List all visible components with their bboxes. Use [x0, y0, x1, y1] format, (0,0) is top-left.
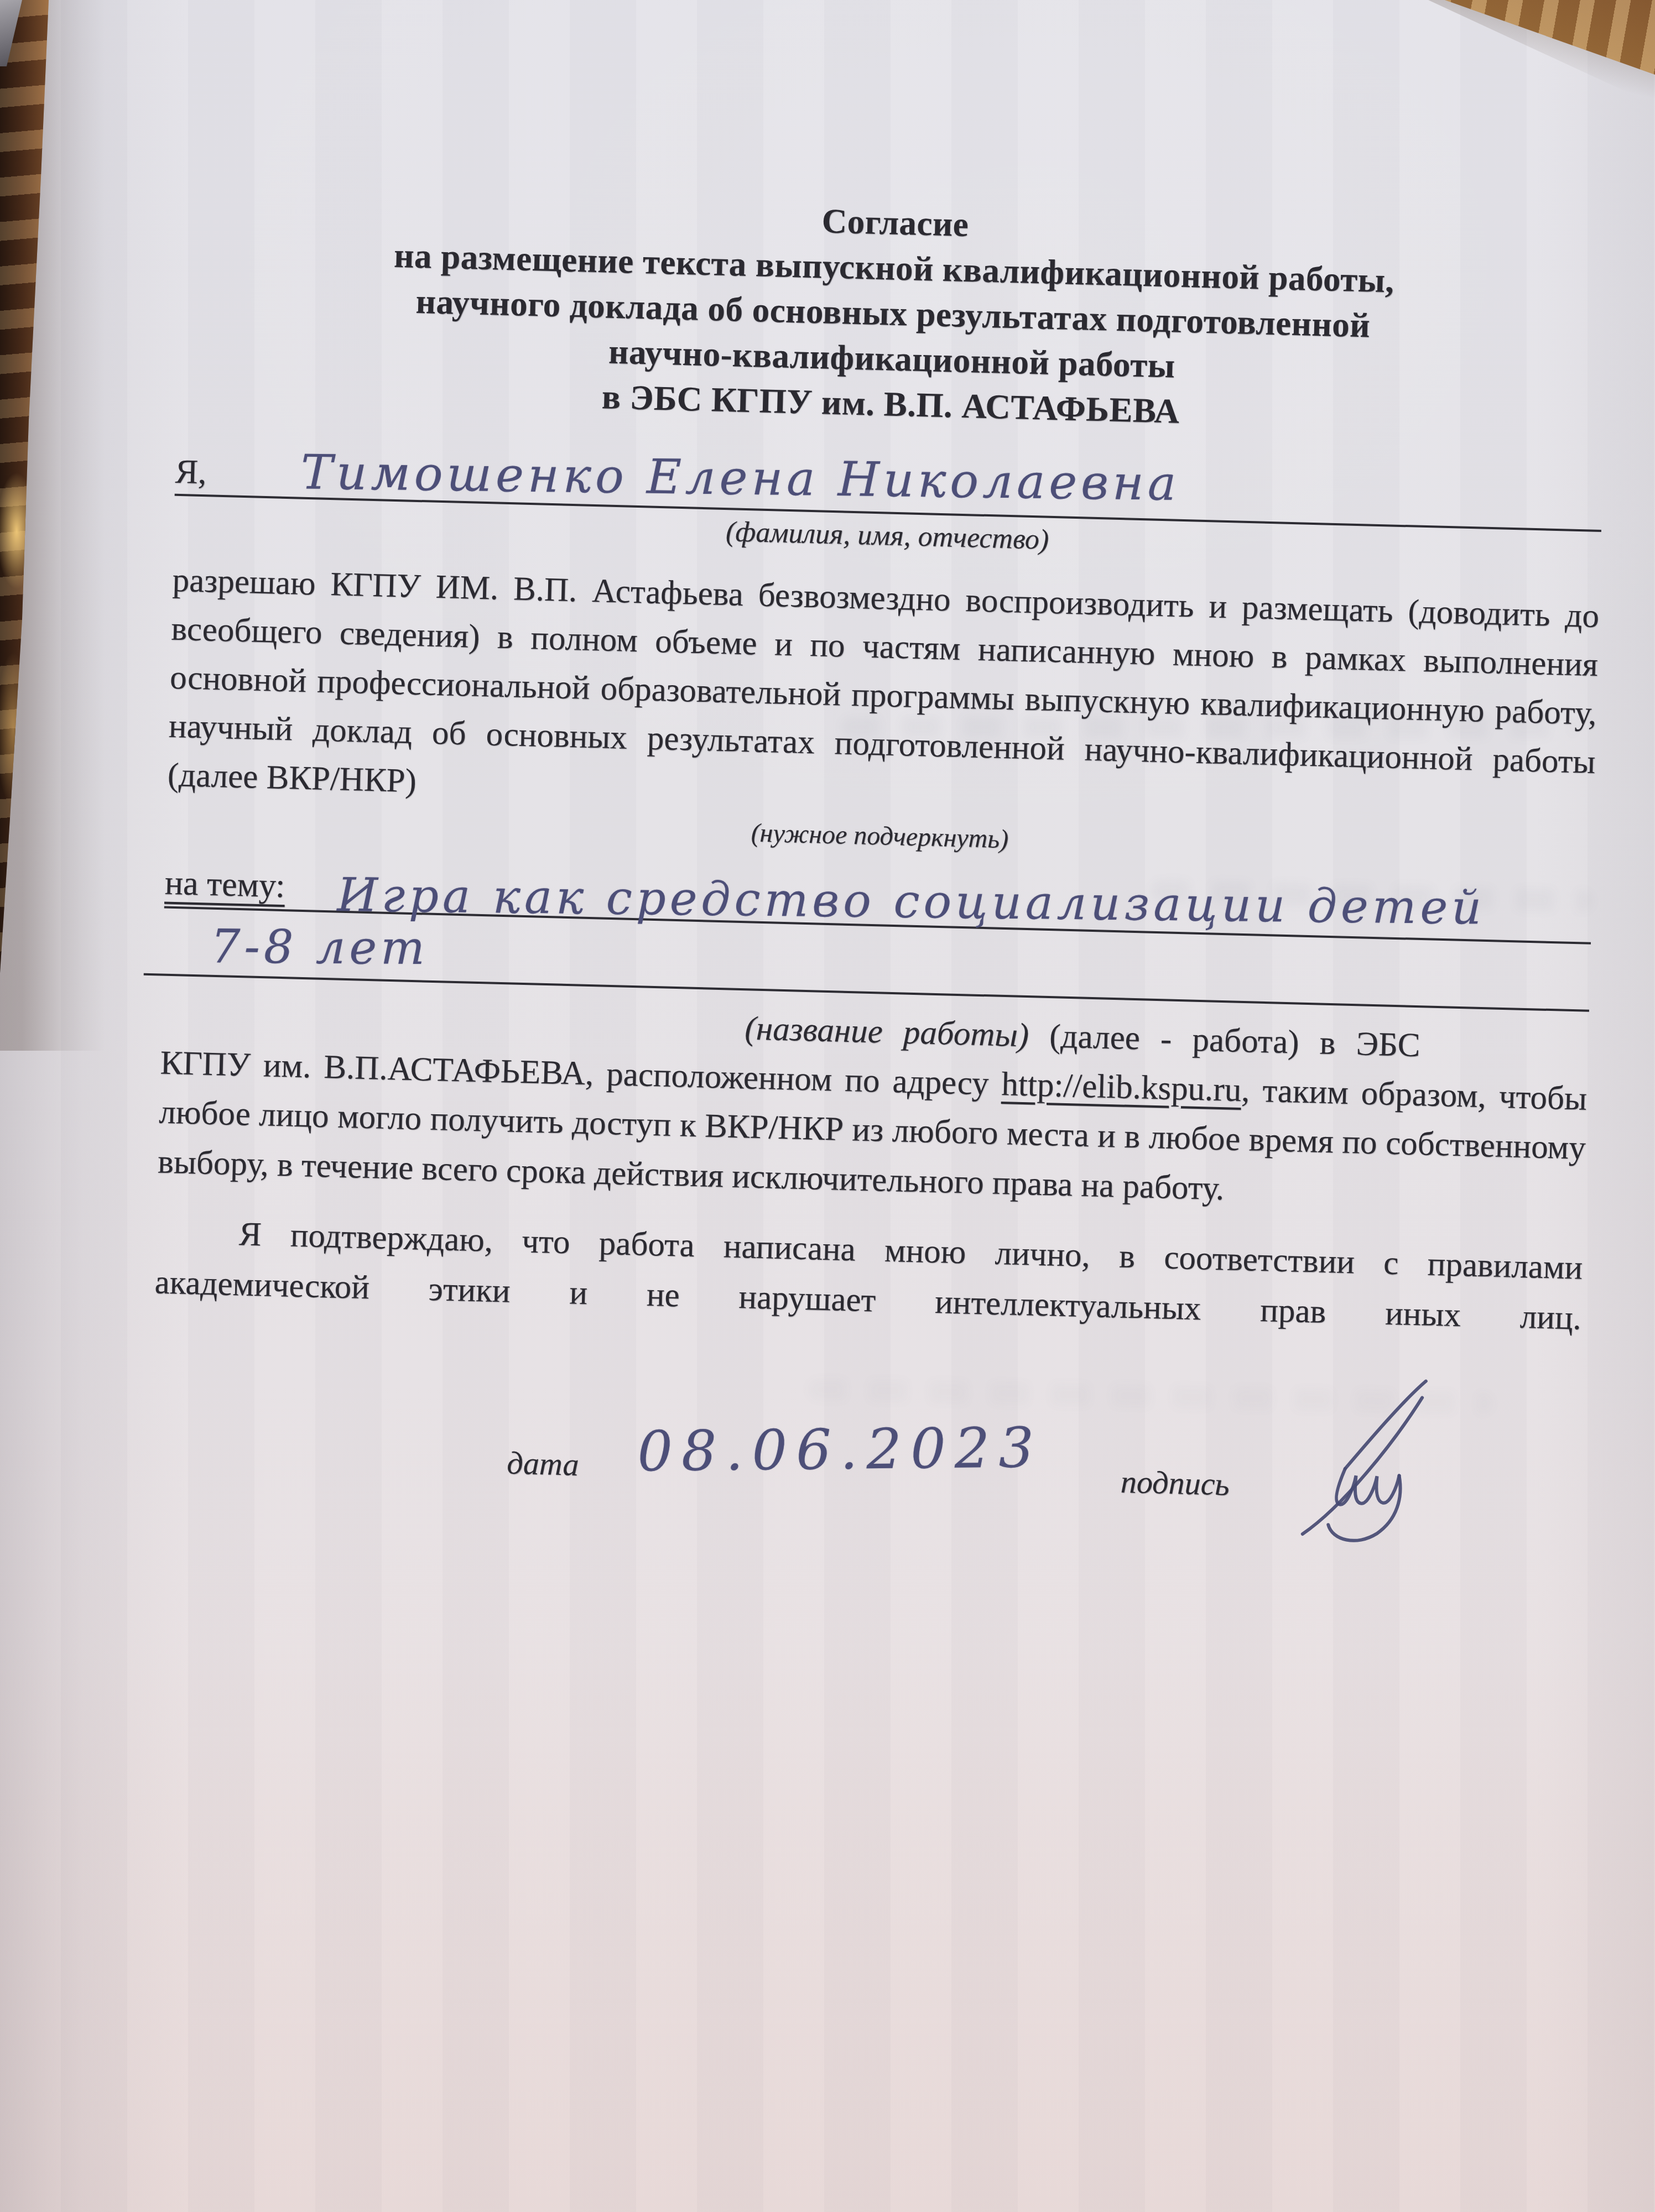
confirmation-paragraph: Я подтверждаю, что работа написана мною … — [154, 1207, 1583, 1344]
elib-url-text: http://elib.kspu.ru — [1001, 1066, 1242, 1109]
declarant-prefix: Я, — [175, 452, 207, 492]
handwritten-full-name: Тимошенко Елена Николаевна — [300, 445, 1180, 512]
paper-edge-shadow-top-right — [1395, 0, 1655, 105]
wood-table-edge-left — [0, 0, 66, 973]
topic-label: на тему: — [164, 863, 285, 907]
consent-document-sheet: Согласие на размещение текста выпускной … — [147, 182, 1609, 1631]
metal-object-top-left — [0, 0, 33, 66]
document-title: Согласие на размещение текста выпускной … — [177, 182, 1610, 445]
photographed-consent-form: Согласие на размещение текста выпускной … — [0, 0, 1655, 2212]
signature-ink — [1249, 1369, 1436, 1548]
signature-label: подпись — [1120, 1463, 1230, 1503]
date-label: дата — [507, 1444, 580, 1483]
work-title-caption-tail: (далее - работа) в ЭБС — [1028, 1017, 1420, 1064]
permission-paragraph: разрешаю КГПУ ИМ. В.П. Астафьева безвозм… — [167, 556, 1600, 835]
handwritten-date: 08.06.2023 — [637, 1415, 1043, 1484]
date-and-signature-row: дата 08.06.2023 подпись — [147, 1413, 1578, 1631]
paper-edge-shadow-left — [0, 0, 111, 1051]
work-title-caption: (название работы) — [745, 1010, 1029, 1054]
wood-table-corner-top-right — [1401, 0, 1655, 75]
handwritten-topic-line2: 7-8 лет — [211, 919, 429, 975]
